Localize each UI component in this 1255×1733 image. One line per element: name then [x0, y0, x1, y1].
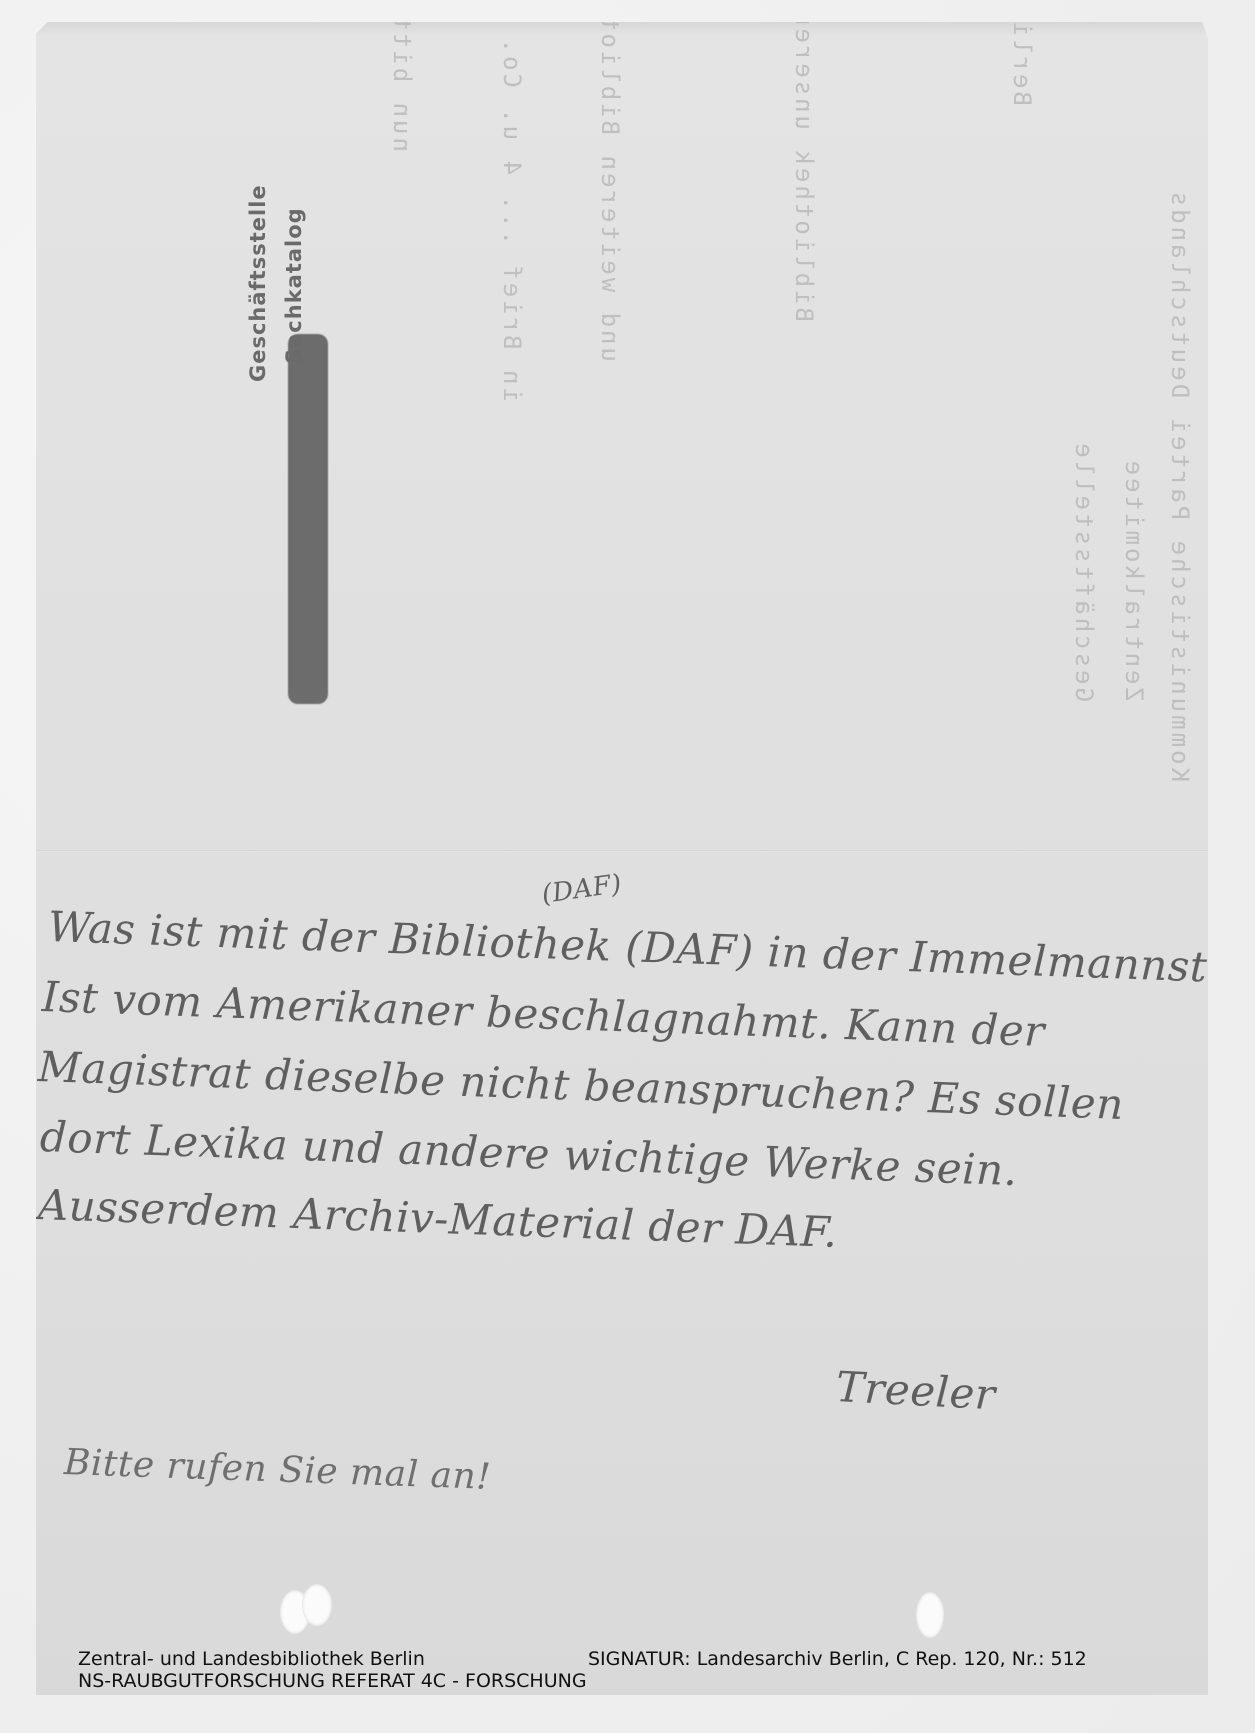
- show-through-line: Bibliothek unseren Bitte: [790, 0, 818, 322]
- handwritten-line-5: Ausserdem Archiv-Material der DAF.: [37, 1180, 838, 1257]
- signature: Treeler: [835, 1362, 997, 1419]
- archive-footer: Zentral- und Landesbibliothek Berlin SIG…: [78, 1648, 1178, 1692]
- show-through-line: in Brief ... 4 u. Co. ...: [498, 0, 526, 402]
- handwritten-line-2: Ist vom Amerikaner beschlagnahmt. Kann d…: [41, 972, 1045, 1056]
- handwritten-line-3: Magistrat dieselbe nicht beanspruchen? E…: [37, 1042, 1125, 1129]
- punch-hole: [302, 1584, 332, 1626]
- show-through-line: und weiteren Bibliothek ... ist: [596, 0, 624, 362]
- fold-line: [36, 850, 1208, 852]
- show-through-line: Zentralkomitee: [1120, 458, 1148, 702]
- library-stamp: Sachkatalog Geschäftsstelle: [220, 334, 340, 704]
- handwritten-line-4: dort Lexika und andere wichtige Werke se…: [39, 1112, 1018, 1195]
- show-through-line: Geschäftsstelle: [1070, 440, 1098, 702]
- footer-department: NS-RAUBGUTFORSCHUNG REFERAT 4C - FORSCHU…: [78, 1670, 587, 1692]
- show-through-line: nun bitte: [388, 0, 416, 152]
- footer-institution: Zentral- und Landesbibliothek Berlin: [78, 1648, 588, 1670]
- show-through-letterhead: Kommunistische Partei Deutschlands: [1166, 189, 1194, 782]
- stamp-bar-bold: [288, 334, 328, 704]
- handwritten-annotation: (DAF): [540, 869, 624, 910]
- stamp-line: Sachkatalog: [282, 207, 306, 364]
- handwritten-postscript: Bitte rufen Sie mal an!: [63, 1442, 492, 1498]
- footer-signature: SIGNATUR: Landesarchiv Berlin, C Rep. 12…: [588, 1648, 1087, 1670]
- punch-hole: [916, 1592, 944, 1638]
- stamp-line: Geschäftsstelle: [246, 184, 270, 382]
- document-page: Kommunistische Partei Deutschlands Zentr…: [36, 22, 1208, 1695]
